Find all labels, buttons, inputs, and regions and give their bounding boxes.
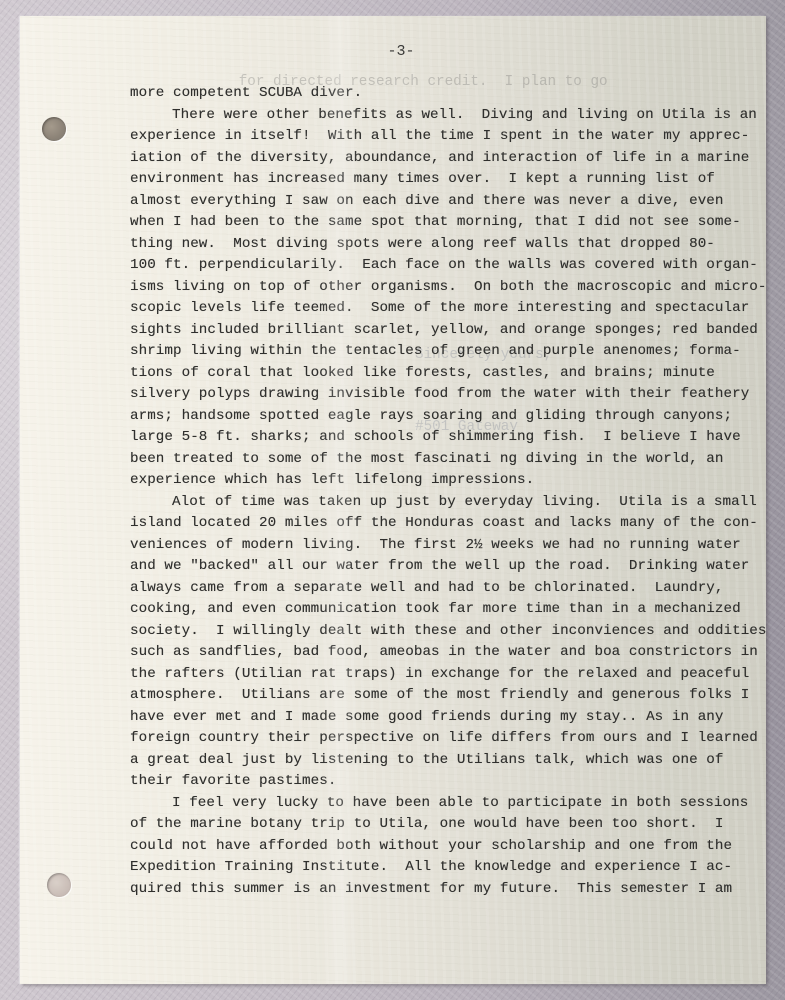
letter-body: more competent SCUBA diver.There were ot… — [130, 83, 730, 900]
text-line: more competent SCUBA diver. — [130, 83, 730, 105]
text-line: the rafters (Utilian rat traps) in excha… — [130, 664, 730, 686]
text-line: always came from a separate well and had… — [130, 578, 730, 600]
text-line: cooking, and even communication took far… — [130, 599, 730, 621]
text-line: There were other benefits as well. Divin… — [130, 105, 730, 127]
text-line: shrimp living within the tentacles of gr… — [130, 341, 730, 363]
text-line: been treated to some of the most fascina… — [130, 449, 730, 471]
text-line: large 5-8 ft. sharks; and schools of shi… — [130, 427, 730, 449]
text-line: sights included brilliant scarlet, yello… — [130, 320, 730, 342]
text-line: and we "backed" all our water from the w… — [130, 556, 730, 578]
text-line: experience in itself! With all the time … — [130, 126, 730, 148]
text-line: have ever met and I made some good frien… — [130, 707, 730, 729]
text-line: silvery polyps drawing invisible food fr… — [130, 384, 730, 406]
text-line: could not have afforded both without you… — [130, 836, 730, 858]
text-line: arms; handsome spotted eagle rays soarin… — [130, 406, 730, 428]
text-line: quired this summer is an investment for … — [130, 879, 730, 901]
text-line: Alot of time was taken up just by everyd… — [130, 492, 730, 514]
typewritten-page: for directed research credit. I plan to … — [20, 16, 766, 984]
page-number: -3- — [28, 43, 774, 60]
text-line: their favorite pastimes. — [130, 771, 730, 793]
text-line: environment has increased many times ove… — [130, 169, 730, 191]
text-line: foreign country their perspective on lif… — [130, 728, 730, 750]
text-line: almost everything I saw on each dive and… — [130, 191, 730, 213]
text-line: veniences of modern living. The first 2½… — [130, 535, 730, 557]
text-line: such as sandflies, bad food, ameobas in … — [130, 642, 730, 664]
punch-hole-top — [42, 117, 66, 141]
text-line: Expedition Training Institute. All the k… — [130, 857, 730, 879]
text-line: isms living on top of other organisms. O… — [130, 277, 730, 299]
text-line: scopic levels life teemed. Some of the m… — [130, 298, 730, 320]
text-line: when I had been to the same spot that mo… — [130, 212, 730, 234]
text-line: tions of coral that looked like forests,… — [130, 363, 730, 385]
text-line: 100 ft. perpendicularily. Each face on t… — [130, 255, 730, 277]
punch-hole-bottom — [47, 873, 71, 897]
text-line: of the marine botany trip to Utila, one … — [130, 814, 730, 836]
text-line: society. I willingly dealt with these an… — [130, 621, 730, 643]
text-line: a great deal just by listening to the Ut… — [130, 750, 730, 772]
text-line: thing new. Most diving spots were along … — [130, 234, 730, 256]
text-line: experience which has left lifelong impre… — [130, 470, 730, 492]
text-line: island located 20 miles off the Honduras… — [130, 513, 730, 535]
text-line: iation of the diversity, aboundance, and… — [130, 148, 730, 170]
text-line: atmosphere. Utilians are some of the mos… — [130, 685, 730, 707]
text-line: I feel very lucky to have been able to p… — [130, 793, 730, 815]
